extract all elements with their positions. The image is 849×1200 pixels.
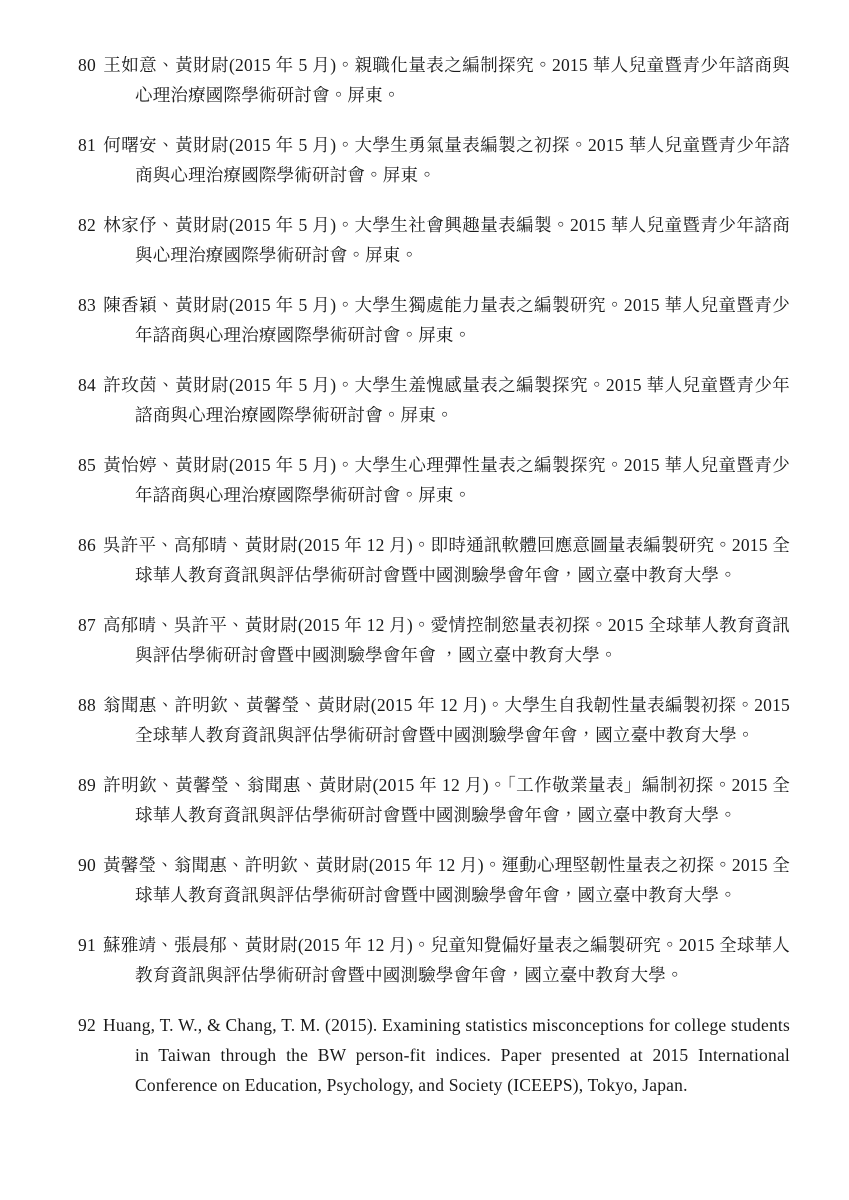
reference-entry: 81何曙安、黃財尉(2015 年 5 月)。大學生勇氣量表編製之初探。2015 … (78, 130, 790, 190)
reference-text: 許明欽、黃馨瑩、翁聞惠、黃財尉(2015 年 12 月)。「工作敬業量表」編制初… (103, 775, 790, 825)
reference-number: 88 (78, 690, 103, 720)
reference-number: 92 (78, 1010, 103, 1040)
document-page: 80王如意、黃財尉(2015 年 5 月)。親職化量表之編制探究。2015 華人… (0, 0, 849, 1200)
reference-entry: 84許玫茵、黃財尉(2015 年 5 月)。大學生羞愧感量表之編製探究。2015… (78, 370, 790, 430)
reference-text: 許玫茵、黃財尉(2015 年 5 月)。大學生羞愧感量表之編製探究。2015 華… (103, 375, 790, 425)
reference-text: 何曙安、黃財尉(2015 年 5 月)。大學生勇氣量表編製之初探。2015 華人… (103, 135, 790, 185)
reference-number: 80 (78, 50, 103, 80)
reference-number: 81 (78, 130, 103, 160)
reference-text: 高郁晴、吳許平、黃財尉(2015 年 12 月)。愛情控制慾量表初探。2015 … (103, 615, 790, 665)
reference-text: 吳許平、高郁晴、黃財尉(2015 年 12 月)。即時通訊軟體回應意圖量表編製研… (103, 535, 790, 585)
reference-entry: 91蘇雅靖、張晨郁、黃財尉(2015 年 12 月)。兒童知覺偏好量表之編製研究… (78, 930, 790, 990)
reference-text: 林家伃、黃財尉(2015 年 5 月)。大學生社會興趣量表編製。2015 華人兒… (103, 215, 790, 265)
reference-text: Huang, T. W., & Chang, T. M. (2015). Exa… (103, 1015, 790, 1095)
reference-entry: 83陳香穎、黃財尉(2015 年 5 月)。大學生獨處能力量表之編製研究。201… (78, 290, 790, 350)
reference-entry: 85黃怡婷、黃財尉(2015 年 5 月)。大學生心理彈性量表之編製探究。201… (78, 450, 790, 510)
reference-text: 陳香穎、黃財尉(2015 年 5 月)。大學生獨處能力量表之編製研究。2015 … (103, 295, 790, 345)
reference-number: 87 (78, 610, 103, 640)
reference-entry: 89許明欽、黃馨瑩、翁聞惠、黃財尉(2015 年 12 月)。「工作敬業量表」編… (78, 770, 790, 830)
reference-entry: 90黃馨瑩、翁聞惠、許明欽、黃財尉(2015 年 12 月)。運動心理堅韌性量表… (78, 850, 790, 910)
reference-entry: 88翁聞惠、許明欽、黃馨瑩、黃財尉(2015 年 12 月)。大學生自我韌性量表… (78, 690, 790, 750)
reference-number: 84 (78, 370, 103, 400)
reference-number: 83 (78, 290, 103, 320)
reference-text: 王如意、黃財尉(2015 年 5 月)。親職化量表之編制探究。2015 華人兒童… (103, 55, 790, 105)
reference-number: 89 (78, 770, 103, 800)
reference-text: 黃怡婷、黃財尉(2015 年 5 月)。大學生心理彈性量表之編製探究。2015 … (103, 455, 790, 505)
reference-number: 91 (78, 930, 103, 960)
reference-entry: 92Huang, T. W., & Chang, T. M. (2015). E… (78, 1010, 790, 1100)
reference-number: 90 (78, 850, 103, 880)
reference-entry: 87高郁晴、吳許平、黃財尉(2015 年 12 月)。愛情控制慾量表初探。201… (78, 610, 790, 670)
reference-text: 蘇雅靖、張晨郁、黃財尉(2015 年 12 月)。兒童知覺偏好量表之編製研究。2… (103, 935, 790, 985)
reference-entry: 86吳許平、高郁晴、黃財尉(2015 年 12 月)。即時通訊軟體回應意圖量表編… (78, 530, 790, 590)
reference-number: 85 (78, 450, 103, 480)
reference-text: 黃馨瑩、翁聞惠、許明欽、黃財尉(2015 年 12 月)。運動心理堅韌性量表之初… (103, 855, 790, 905)
reference-list: 80王如意、黃財尉(2015 年 5 月)。親職化量表之編制探究。2015 華人… (78, 50, 790, 1100)
reference-text: 翁聞惠、許明欽、黃馨瑩、黃財尉(2015 年 12 月)。大學生自我韌性量表編製… (103, 695, 790, 745)
reference-number: 86 (78, 530, 103, 560)
reference-entry: 82林家伃、黃財尉(2015 年 5 月)。大學生社會興趣量表編製。2015 華… (78, 210, 790, 270)
reference-entry: 80王如意、黃財尉(2015 年 5 月)。親職化量表之編制探究。2015 華人… (78, 50, 790, 110)
reference-number: 82 (78, 210, 103, 240)
